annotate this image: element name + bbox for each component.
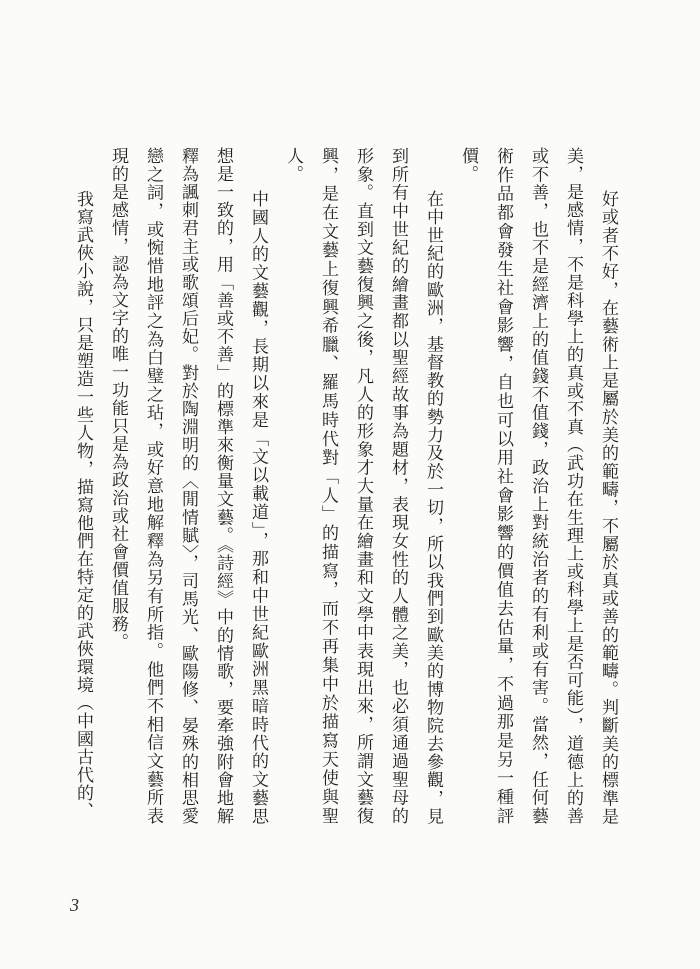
vertical-text-block: 好或者不好，在藝術上是屬於美的範疇，不屬於真或善的範疇。判斷美的標準是美，是感情… xyxy=(96,147,626,825)
paragraph-4: 我寫武俠小說，只是塑造一些人物，描寫他們在特定的武俠環境（中國古代的、 xyxy=(66,147,101,825)
page-number: 3 xyxy=(70,895,79,916)
paragraph-2: 在中世紀的歐洲，基督教的勢力及於一切，所以我們到歐美的博物院去參觀，見到所有中世… xyxy=(276,147,451,825)
book-page: 好或者不好，在藝術上是屬於美的範疇，不屬於真或善的範疇。判斷美的標準是美，是感情… xyxy=(0,0,700,969)
paragraph-1: 好或者不好，在藝術上是屬於美的範疇，不屬於真或善的範疇。判斷美的標準是美，是感情… xyxy=(451,147,626,825)
paragraph-3: 中國人的文藝觀，長期以來是「文以載道」，那和中世紀歐洲黑暗時代的文藝思想是一致的… xyxy=(101,147,276,825)
